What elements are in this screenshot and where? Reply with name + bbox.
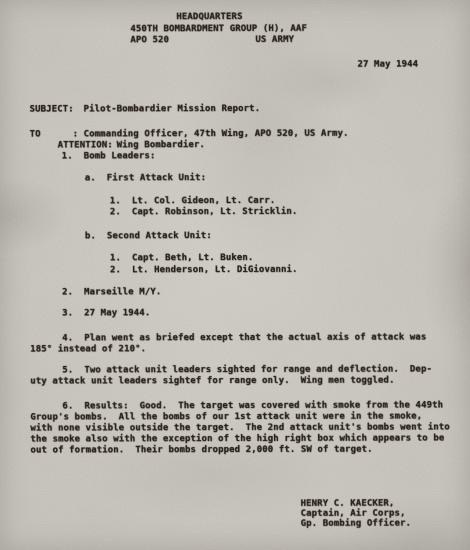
item2-text: Marseille M/Y. (84, 287, 161, 298)
scanned-memo-page: HEADQUARTERS 450TH BOMBARDMENT GROUP (H)… (0, 0, 470, 550)
subject-label: SUBJECT: (30, 104, 74, 115)
memo-date: 27 May 1944 (357, 60, 418, 71)
crew-a2-text: Capt. Robinson, Lt. Stricklin. (132, 207, 298, 218)
item3-num: 3. (62, 308, 73, 319)
to-text: Commanding Officer, 47th Wing, APO 520, … (84, 129, 349, 141)
para6-line4: the smoke also with the exception of the… (30, 433, 444, 445)
letterhead-apo: APO 520 (130, 35, 169, 46)
crew-a2-num: 2. (110, 207, 121, 218)
signature-title: Gp. Bombing Officer. (301, 519, 411, 530)
sub-a-num: a. (85, 173, 96, 184)
to-label: TO (30, 130, 41, 141)
para4-line2: 185° instead of 210°. (30, 344, 146, 355)
crew-b1-num: 1. (110, 253, 121, 264)
sub-b-text: Second Attack Unit: (107, 231, 212, 242)
letterhead-org: HEADQUARTERS (176, 12, 242, 23)
item1-text: Bomb Leaders: (84, 151, 156, 162)
crew-b2-num: 2. (110, 265, 121, 276)
item2-num: 2. (62, 287, 73, 298)
letterhead-branch: US ARMY (255, 35, 294, 46)
para6-line5: out of formation. Their bombs dropped 2,… (30, 445, 372, 457)
para4-line1: 4. Plan went as briefed except that the … (62, 332, 426, 344)
memo-document: HEADQUARTERS 450TH BOMBARDMENT GROUP (H)… (0, 0, 470, 550)
item1-num: 1. (62, 151, 73, 162)
attention-label: ATTENTION: (58, 140, 113, 151)
crew-b1-text: Capt. Beth, Lt. Buken. (132, 253, 253, 264)
letterhead-unit: 450TH BOMBARDMENT GROUP (H), AAF (130, 24, 307, 35)
sub-b-num: b. (85, 231, 96, 242)
crew-a1-num: 1. (110, 196, 121, 207)
to-colon: : (73, 129, 79, 140)
crew-b2-text: Lt. Henderson, Lt. DiGiovanni. (132, 265, 298, 276)
item3-text: 27 May 1944. (84, 308, 150, 319)
crew-a1-text: Lt. Col. Gideon, Lt. Carr. (132, 196, 276, 207)
subject-text: Pilot-Bombardier Mission Report. (84, 104, 261, 115)
para5-line2: uty attack unit leaders sightef for rang… (30, 376, 394, 388)
sub-a-text: First Attack Unit: (107, 173, 206, 184)
attention-text: Wing Bombardier. (117, 140, 205, 151)
